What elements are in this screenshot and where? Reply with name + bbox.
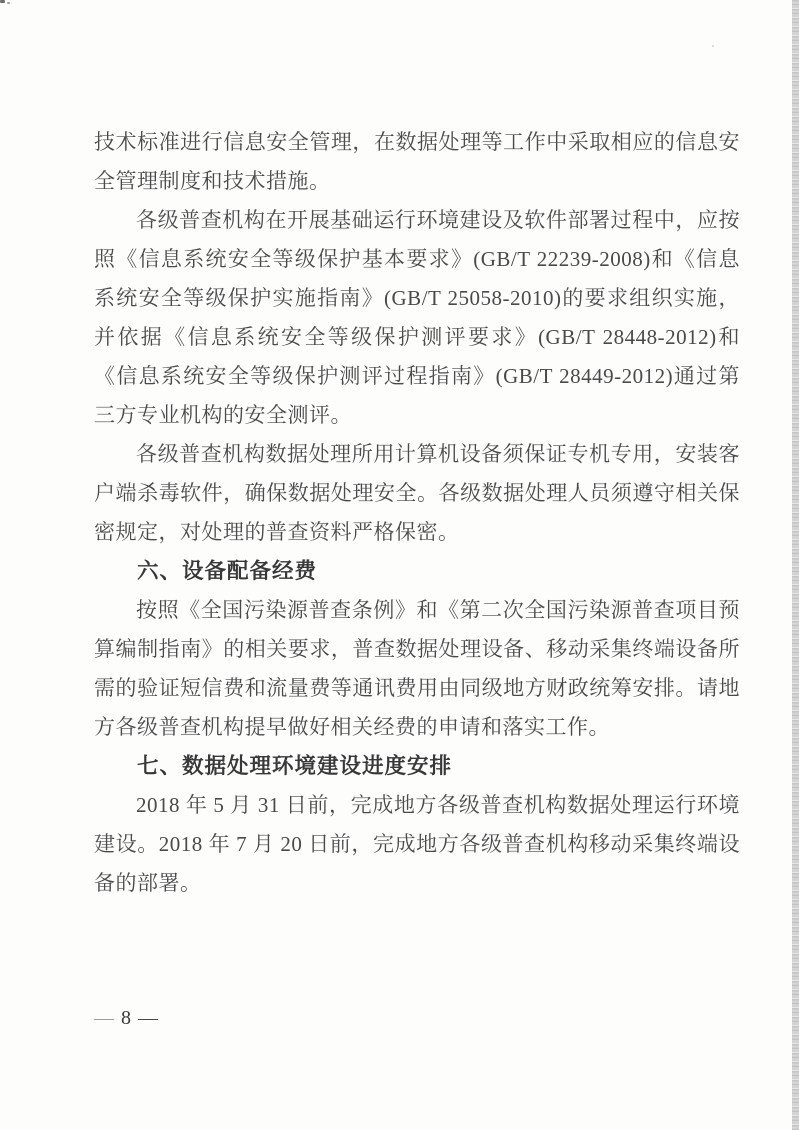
scanned-document-page: 技术标准进行信息安全管理，在数据处理等工作中采取相应的信息安全管理制度和技术措施… — [0, 0, 799, 1130]
paragraph-info-security-measures: 技术标准进行信息安全管理，在数据处理等工作中采取相应的信息安全管理制度和技术措施… — [94, 123, 740, 201]
paragraph-grade-protection-standards: 各级普查机构在开展基础运行环境建设及软件部署过程中，应按照《信息系统安全等级保护… — [94, 201, 740, 435]
section-heading-environment-schedule: 七、数据处理环境建设进度安排 — [94, 747, 740, 786]
page-number-dash-right: — — [138, 1007, 158, 1029]
page-number-dash-left: — — [94, 1007, 114, 1029]
section-heading-equipment-funds: 六、设备配备经费 — [94, 552, 740, 591]
document-body: 技术标准进行信息安全管理，在数据处理等工作中采取相应的信息安全管理制度和技术措施… — [94, 123, 740, 903]
page-footer: —8— — [94, 1004, 158, 1032]
scan-speck — [7, 2, 10, 4]
page-number: 8 — [121, 1007, 131, 1029]
paragraph-dedicated-computers-confidentiality: 各级普查机构数据处理所用计算机设备须保证专机专用，安装客户端杀毒软件，确保数据处… — [94, 435, 740, 552]
paragraph-deployment-deadlines: 2018 年 5 月 31 日前，完成地方各级普查机构数据处理运行环境建设。20… — [94, 786, 740, 903]
scan-speck — [205, 226, 207, 228]
scan-speck — [712, 45, 714, 47]
scan-edge-artifact — [792, 0, 799, 1130]
scan-speck — [0, 0, 5, 3]
scan-speck — [101, 293, 103, 295]
paragraph-funding-arrangements: 按照《全国污染源普查条例》和《第二次全国污染源普查项目预算编制指南》的相关要求，… — [94, 591, 740, 747]
